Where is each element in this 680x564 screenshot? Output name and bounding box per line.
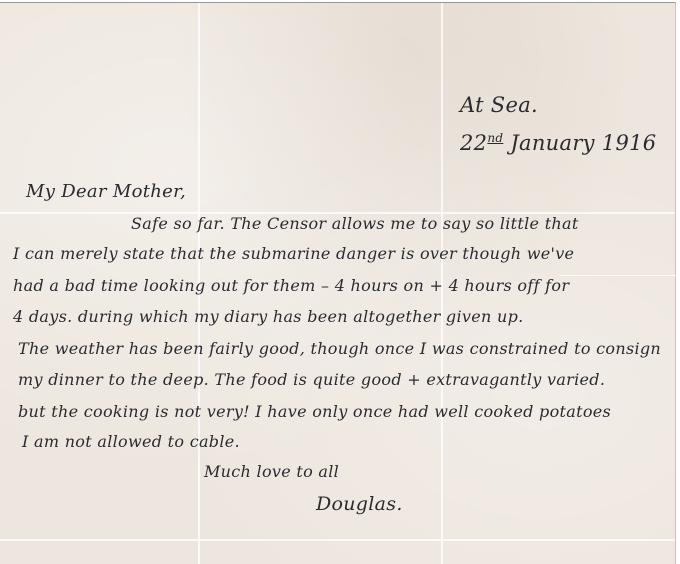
closing: Much love to all: [204, 464, 339, 480]
paper-fold-line: [0, 539, 675, 541]
body-line: Safe so far. The Censor allows me to say…: [131, 216, 579, 232]
body-line: I am not allowed to cable.: [22, 434, 240, 450]
date-month-year: January 1916: [503, 131, 656, 155]
body-line: I can merely state that the submarine da…: [13, 246, 574, 262]
letter-place: At Sea.: [460, 95, 538, 116]
letter-date: 22nd January 1916: [460, 132, 656, 154]
body-line: had a bad time looking out for them – 4 …: [13, 278, 569, 294]
body-line: but the cooking is not very! I have only…: [18, 404, 611, 420]
body-line: my dinner to the deep. The food is quite…: [18, 372, 605, 388]
body-line: 4 days. during which my diary has been a…: [13, 309, 524, 325]
signature: Douglas.: [316, 495, 403, 514]
date-day: 22: [460, 131, 487, 155]
handwritten-letter: At Sea. 22nd January 1916 My Dear Mother…: [0, 2, 676, 564]
salutation: My Dear Mother,: [26, 183, 186, 201]
paper-crease: [560, 275, 680, 276]
date-suffix: nd: [487, 131, 503, 145]
body-line: The weather has been fairly good, though…: [18, 341, 661, 357]
